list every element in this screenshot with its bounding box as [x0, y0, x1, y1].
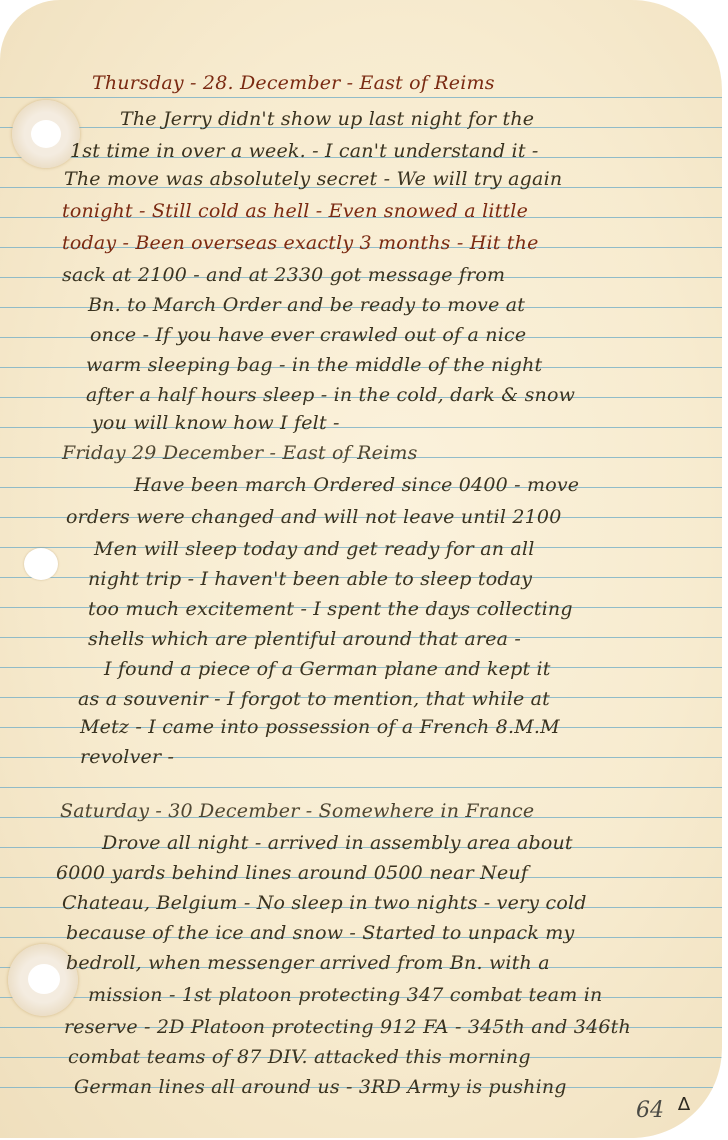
entry-line: Bn. to March Order and be ready to move … — [88, 290, 702, 320]
entry-line: as a souvenir - I forgot to mention, tha… — [78, 684, 702, 714]
entry-line: mission - 1st platoon protecting 347 com… — [88, 980, 702, 1010]
entry-line: The Jerry didn't show up last night for … — [62, 104, 702, 134]
entry-line: Metz - I came into possession of a Frenc… — [80, 712, 702, 742]
entry-heading: Saturday - 30 December - Somewhere in Fr… — [60, 796, 702, 826]
ruled-line — [0, 787, 722, 788]
entry-line: warm sleeping bag - in the middle of the… — [86, 350, 702, 380]
entry-line: bedroll, when messenger arrived from Bn.… — [66, 948, 702, 978]
entry-line: Men will sleep today and get ready for a… — [94, 534, 702, 564]
entry-line: I found a piece of a German plane and ke… — [104, 654, 702, 684]
entry-line: tonight - Still cold as hell - Even snow… — [62, 196, 702, 226]
entry-line: orders were changed and will not leave u… — [66, 502, 702, 532]
binding-hole-middle — [24, 548, 58, 580]
entry-line: you will know how I felt - — [92, 408, 702, 438]
corner-mark: ∆ — [678, 1094, 690, 1115]
entry-line: 6000 yards behind lines around 0500 near… — [56, 858, 702, 888]
entry-line: night trip - I haven't been able to slee… — [88, 564, 702, 594]
binding-hole-bottom — [28, 964, 60, 994]
entry-line: revolver - — [80, 742, 702, 772]
diary-page: Thursday - 28. December - East of Reims … — [0, 0, 722, 1138]
entry-line: Chateau, Belgium - No sleep in two night… — [62, 888, 702, 918]
entry-line: reserve - 2D Platoon protecting 912 FA -… — [64, 1012, 702, 1042]
entry-heading: Thursday - 28. December - East of Reims — [92, 68, 702, 98]
entry-line: The move was absolutely secret - We will… — [64, 164, 702, 194]
entry-line: because of the ice and snow - Started to… — [66, 918, 702, 948]
binding-hole-top — [31, 120, 61, 148]
entry-line: too much excitement - I spent the days c… — [88, 594, 702, 624]
entry-line: today - Been overseas exactly 3 months -… — [62, 228, 702, 258]
entry-line: shells which are plentiful around that a… — [88, 624, 702, 654]
page-number: 64 — [636, 1098, 664, 1123]
entry-line: 1st time in over a week. - I can't under… — [70, 136, 702, 166]
entry-line: Have been march Ordered since 0400 - mov… — [134, 470, 702, 500]
entry-line: sack at 2100 - and at 2330 got message f… — [62, 260, 702, 290]
entry-line: combat teams of 87 DIV. attacked this mo… — [68, 1042, 702, 1072]
entry-line: German lines all around us - 3RD Army is… — [74, 1072, 702, 1102]
entry-line: once - If you have ever crawled out of a… — [90, 320, 702, 350]
entry-line: after a half hours sleep - in the cold, … — [86, 380, 702, 410]
entry-line: Drove all night - arrived in assembly ar… — [102, 828, 702, 858]
entry-heading: Friday 29 December - East of Reims — [62, 438, 702, 468]
